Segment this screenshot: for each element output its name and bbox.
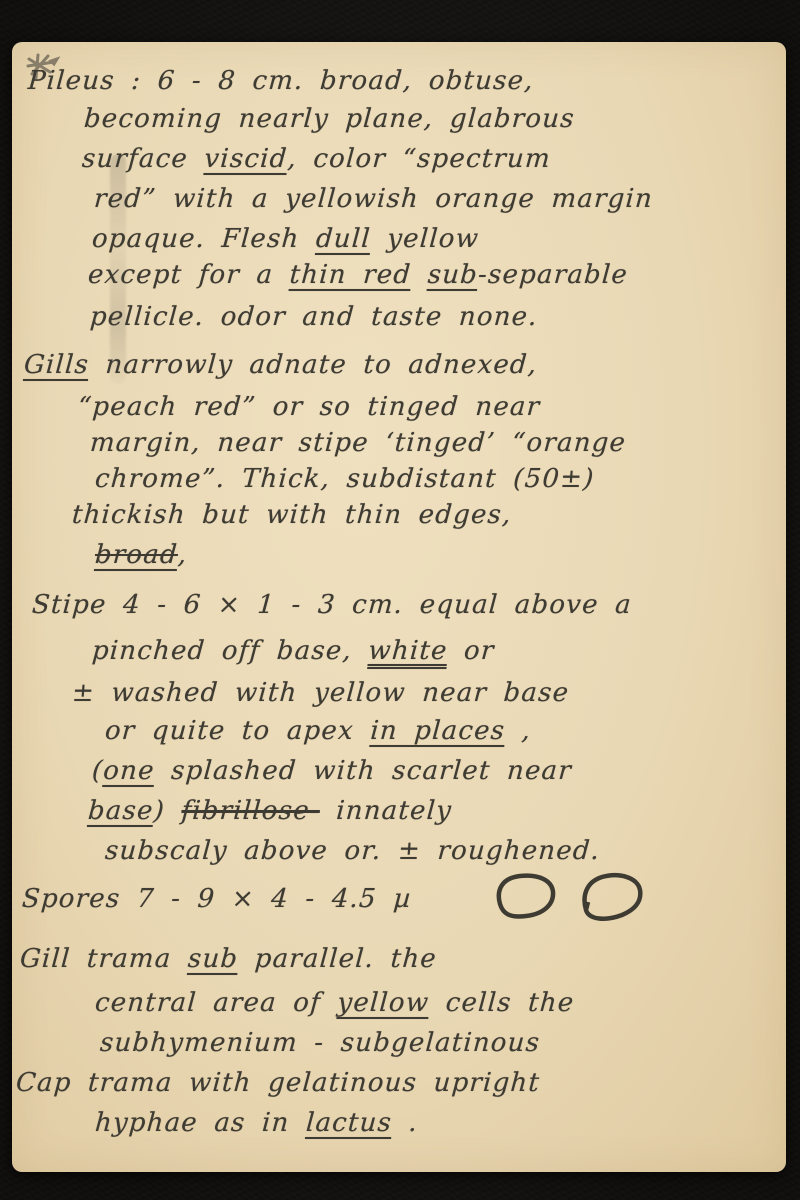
handwritten-line: Cap trama with gelatinous upright	[15, 1068, 541, 1098]
handwritten-text: “peach red” or so tinged near	[77, 392, 541, 422]
handwritten-text-underlined: viscid	[203, 144, 288, 174]
handwritten-text-struck: broad	[94, 540, 179, 570]
handwritten-text: central area of	[94, 988, 339, 1018]
handwritten-text: Spores 7 - 9 × 4 - 4.5 µ	[21, 884, 413, 914]
handwritten-text: cells the	[428, 988, 575, 1018]
handwritten-line: chrome”. Thick, subdistant (50±)	[94, 464, 596, 494]
handwritten-text: )	[153, 796, 183, 826]
handwritten-line: Gills narrowly adnate to adnexed,	[23, 350, 538, 380]
handwritten-text-underlined: in places	[369, 716, 506, 746]
handwritten-text: yellow	[370, 224, 480, 254]
handwritten-line: broad,	[94, 540, 188, 570]
handwritten-text: narrowly adnate to adnexed,	[88, 350, 538, 380]
spore-drawings	[490, 870, 680, 930]
handwritten-line: Gill trama sub parallel. the	[19, 944, 438, 974]
handwritten-line: surface viscid, color “spectrum	[81, 144, 552, 174]
handwritten-line: central area of yellow cells the	[94, 988, 575, 1018]
handwritten-line: opaque. Flesh dull yellow	[91, 224, 480, 254]
handwritten-text: Gill trama	[19, 944, 189, 974]
handwritten-line: thickish but with thin edges,	[71, 500, 513, 530]
handwritten-text: Cap trama with gelatinous upright	[15, 1068, 541, 1098]
handwritten-text-underlined: white	[367, 636, 448, 666]
handwritten-text: surface	[81, 144, 206, 174]
spore-outline-icon	[578, 870, 648, 930]
handwritten-line: becoming nearly plane, glabrous	[83, 104, 576, 134]
handwritten-line: “peach red” or so tinged near	[77, 392, 541, 422]
handwritten-text-underlined: dull	[315, 224, 372, 254]
handwritten-text: -separable	[477, 260, 629, 290]
handwritten-text-underlined: Gills	[23, 350, 90, 380]
handwritten-line: Pileus : 6 - 8 cm. broad, obtuse,	[27, 66, 535, 96]
spore-outline-icon	[490, 870, 560, 930]
handwritten-text: chrome”. Thick, subdistant (50±)	[94, 464, 596, 494]
handwritten-text: ,	[177, 540, 189, 570]
handwritten-text: ± washed with yellow near base	[71, 678, 570, 708]
handwritten-text: Pileus : 6 - 8 cm. broad, obtuse,	[27, 66, 535, 96]
handwritten-text-underlined: yellow	[336, 988, 430, 1018]
handwritten-line: hyphae as in lactus .	[94, 1108, 419, 1138]
handwritten-text: , color “spectrum	[286, 144, 551, 174]
handwritten-line: red” with a yellowish orange margin	[93, 184, 654, 214]
handwritten-text: subscaly above or. ± roughened.	[104, 836, 601, 866]
handwritten-line: except for a thin red sub-separable	[87, 260, 629, 290]
handwritten-text: .	[391, 1108, 419, 1138]
handwritten-text-underlined: one	[102, 756, 155, 786]
handwritten-text: pinched off base,	[91, 636, 370, 666]
handwritten-text: margin, near stipe ‘tinged’ “orange	[89, 428, 627, 458]
handwritten-text: pellicle. odor and taste none.	[89, 302, 539, 332]
handwritten-text: parallel. the	[237, 944, 438, 974]
handwritten-line: ± washed with yellow near base	[71, 678, 570, 708]
handwritten-text: except for a	[87, 260, 291, 290]
handwritten-text-struck: fibrillose-	[180, 796, 320, 826]
handwritten-text: ,	[504, 716, 532, 746]
handwritten-line: Stipe 4 - 6 × 1 - 3 cm. equal above a	[31, 590, 633, 620]
handwritten-text-underlined: base	[87, 796, 155, 826]
note-card: Pileus : 6 - 8 cm. broad, obtuse,becomin…	[12, 42, 786, 1172]
handwritten-line: pinched off base, white or	[91, 636, 496, 666]
handwritten-text-underlined: thin red	[289, 260, 413, 290]
handwritten-line: (one splashed with scarlet near	[91, 756, 573, 786]
handwritten-line: pellicle. odor and taste none.	[89, 302, 539, 332]
handwritten-text: or quite to apex	[104, 716, 371, 746]
handwritten-line: subscaly above or. ± roughened.	[104, 836, 601, 866]
handwritten-text: Stipe 4 - 6 × 1 - 3 cm. equal above a	[31, 590, 633, 620]
handwritten-line: margin, near stipe ‘tinged’ “orange	[89, 428, 627, 458]
handwritten-line: or quite to apex in places ,	[104, 716, 532, 746]
handwritten-line: Spores 7 - 9 × 4 - 4.5 µ	[21, 884, 413, 914]
handwritten-text: innately	[319, 796, 453, 826]
handwritten-text: thickish but with thin edges,	[71, 500, 513, 530]
handwritten-line: base) fibrillose- innately	[87, 796, 453, 826]
handwritten-text: or	[447, 636, 496, 666]
handwritten-text: splashed with scarlet near	[154, 756, 573, 786]
handwritten-text: subhymenium - subgelatinous	[99, 1028, 541, 1058]
handwritten-text: opaque. Flesh	[91, 224, 317, 254]
handwritten-text-underlined: lactus	[305, 1108, 393, 1138]
handwritten-text: becoming nearly plane, glabrous	[83, 104, 576, 134]
handwritten-text: hyphae as in	[94, 1108, 307, 1138]
handwritten-text-underlined: sub	[427, 260, 479, 290]
handwritten-text: red” with a yellowish orange margin	[93, 184, 654, 214]
handwritten-line: subhymenium - subgelatinous	[99, 1028, 541, 1058]
handwritten-text-underlined: sub	[187, 944, 239, 974]
